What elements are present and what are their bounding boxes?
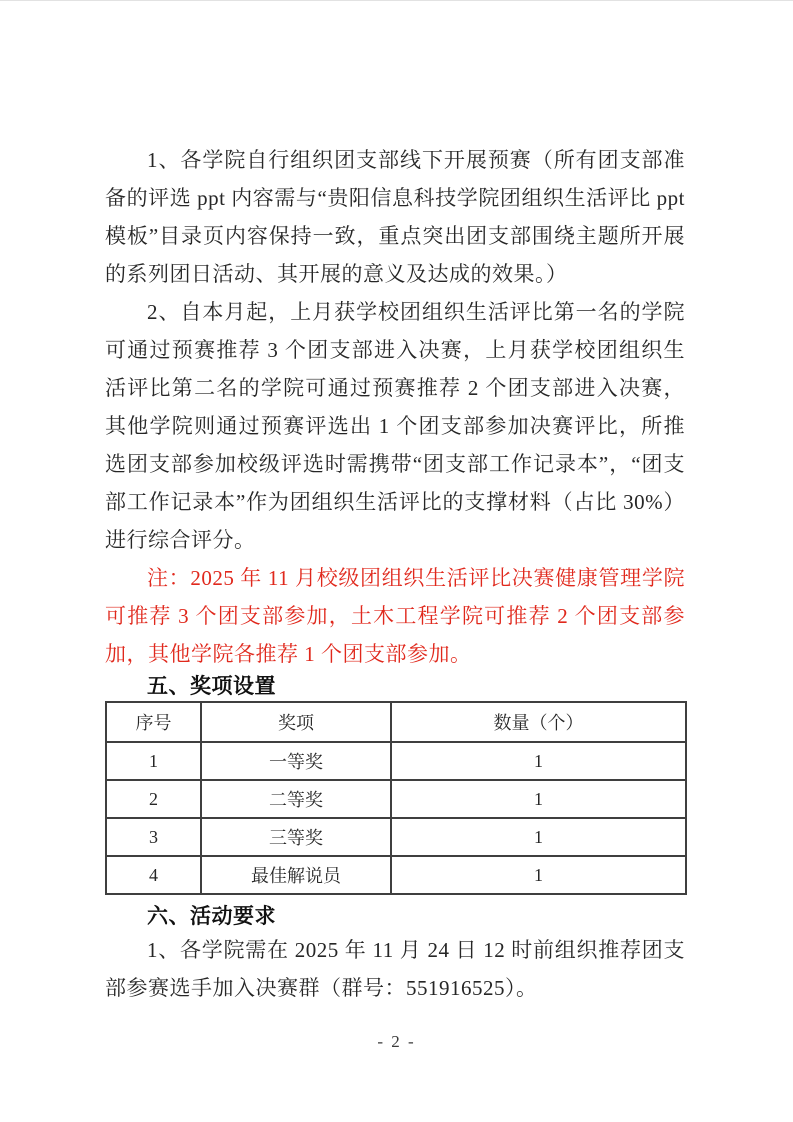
cell-quantity: 1 <box>391 856 686 894</box>
table-row: 4 最佳解说员 1 <box>106 856 686 894</box>
cell-quantity: 1 <box>391 818 686 856</box>
paragraph-recommendation-rules: 2、自本月起，上月获学校团组织生活评比第一名的学院可通过预赛推荐 3 个团支部进… <box>105 293 685 559</box>
document-page: 1、各学院自行组织团支部线下开展预赛（所有团支部准备的评选 ppt 内容需与“贵… <box>0 0 793 1122</box>
table-row: 2 二等奖 1 <box>106 780 686 818</box>
cell-award: 三等奖 <box>201 818 391 856</box>
cell-quantity: 1 <box>391 780 686 818</box>
awards-table: 序号 奖项 数量（个） 1 一等奖 1 2 二等奖 1 3 三等奖 1 <box>105 701 687 895</box>
cell-index: 2 <box>106 780 201 818</box>
table-row: 3 三等奖 1 <box>106 818 686 856</box>
cell-index: 1 <box>106 742 201 780</box>
cell-quantity: 1 <box>391 742 686 780</box>
heading-activity-requirements: 六、活动要求 <box>105 903 685 931</box>
cell-award: 最佳解说员 <box>201 856 391 894</box>
paragraph-join-final-group: 1、各学院需在 2025 年 11 月 24 日 12 时前组织推荐团支部参赛选… <box>105 931 685 1007</box>
awards-table-header-index: 序号 <box>106 702 201 742</box>
cell-award: 二等奖 <box>201 780 391 818</box>
awards-table-header-award: 奖项 <box>201 702 391 742</box>
heading-awards-setup: 五、奖项设置 <box>105 673 685 701</box>
page-number: - 2 - <box>0 1032 793 1052</box>
cell-award: 一等奖 <box>201 742 391 780</box>
paragraph-note-red: 注：2025 年 11 月校级团组织生活评比决赛健康管理学院可推荐 3 个团支部… <box>105 559 685 673</box>
awards-table-header-quantity: 数量（个） <box>391 702 686 742</box>
cell-index: 3 <box>106 818 201 856</box>
cell-index: 4 <box>106 856 201 894</box>
document-body: 1、各学院自行组织团支部线下开展预赛（所有团支部准备的评选 ppt 内容需与“贵… <box>105 141 685 1007</box>
paragraph-preliminary-round: 1、各学院自行组织团支部线下开展预赛（所有团支部准备的评选 ppt 内容需与“贵… <box>105 141 685 293</box>
awards-table-header-row: 序号 奖项 数量（个） <box>106 702 686 742</box>
table-row: 1 一等奖 1 <box>106 742 686 780</box>
